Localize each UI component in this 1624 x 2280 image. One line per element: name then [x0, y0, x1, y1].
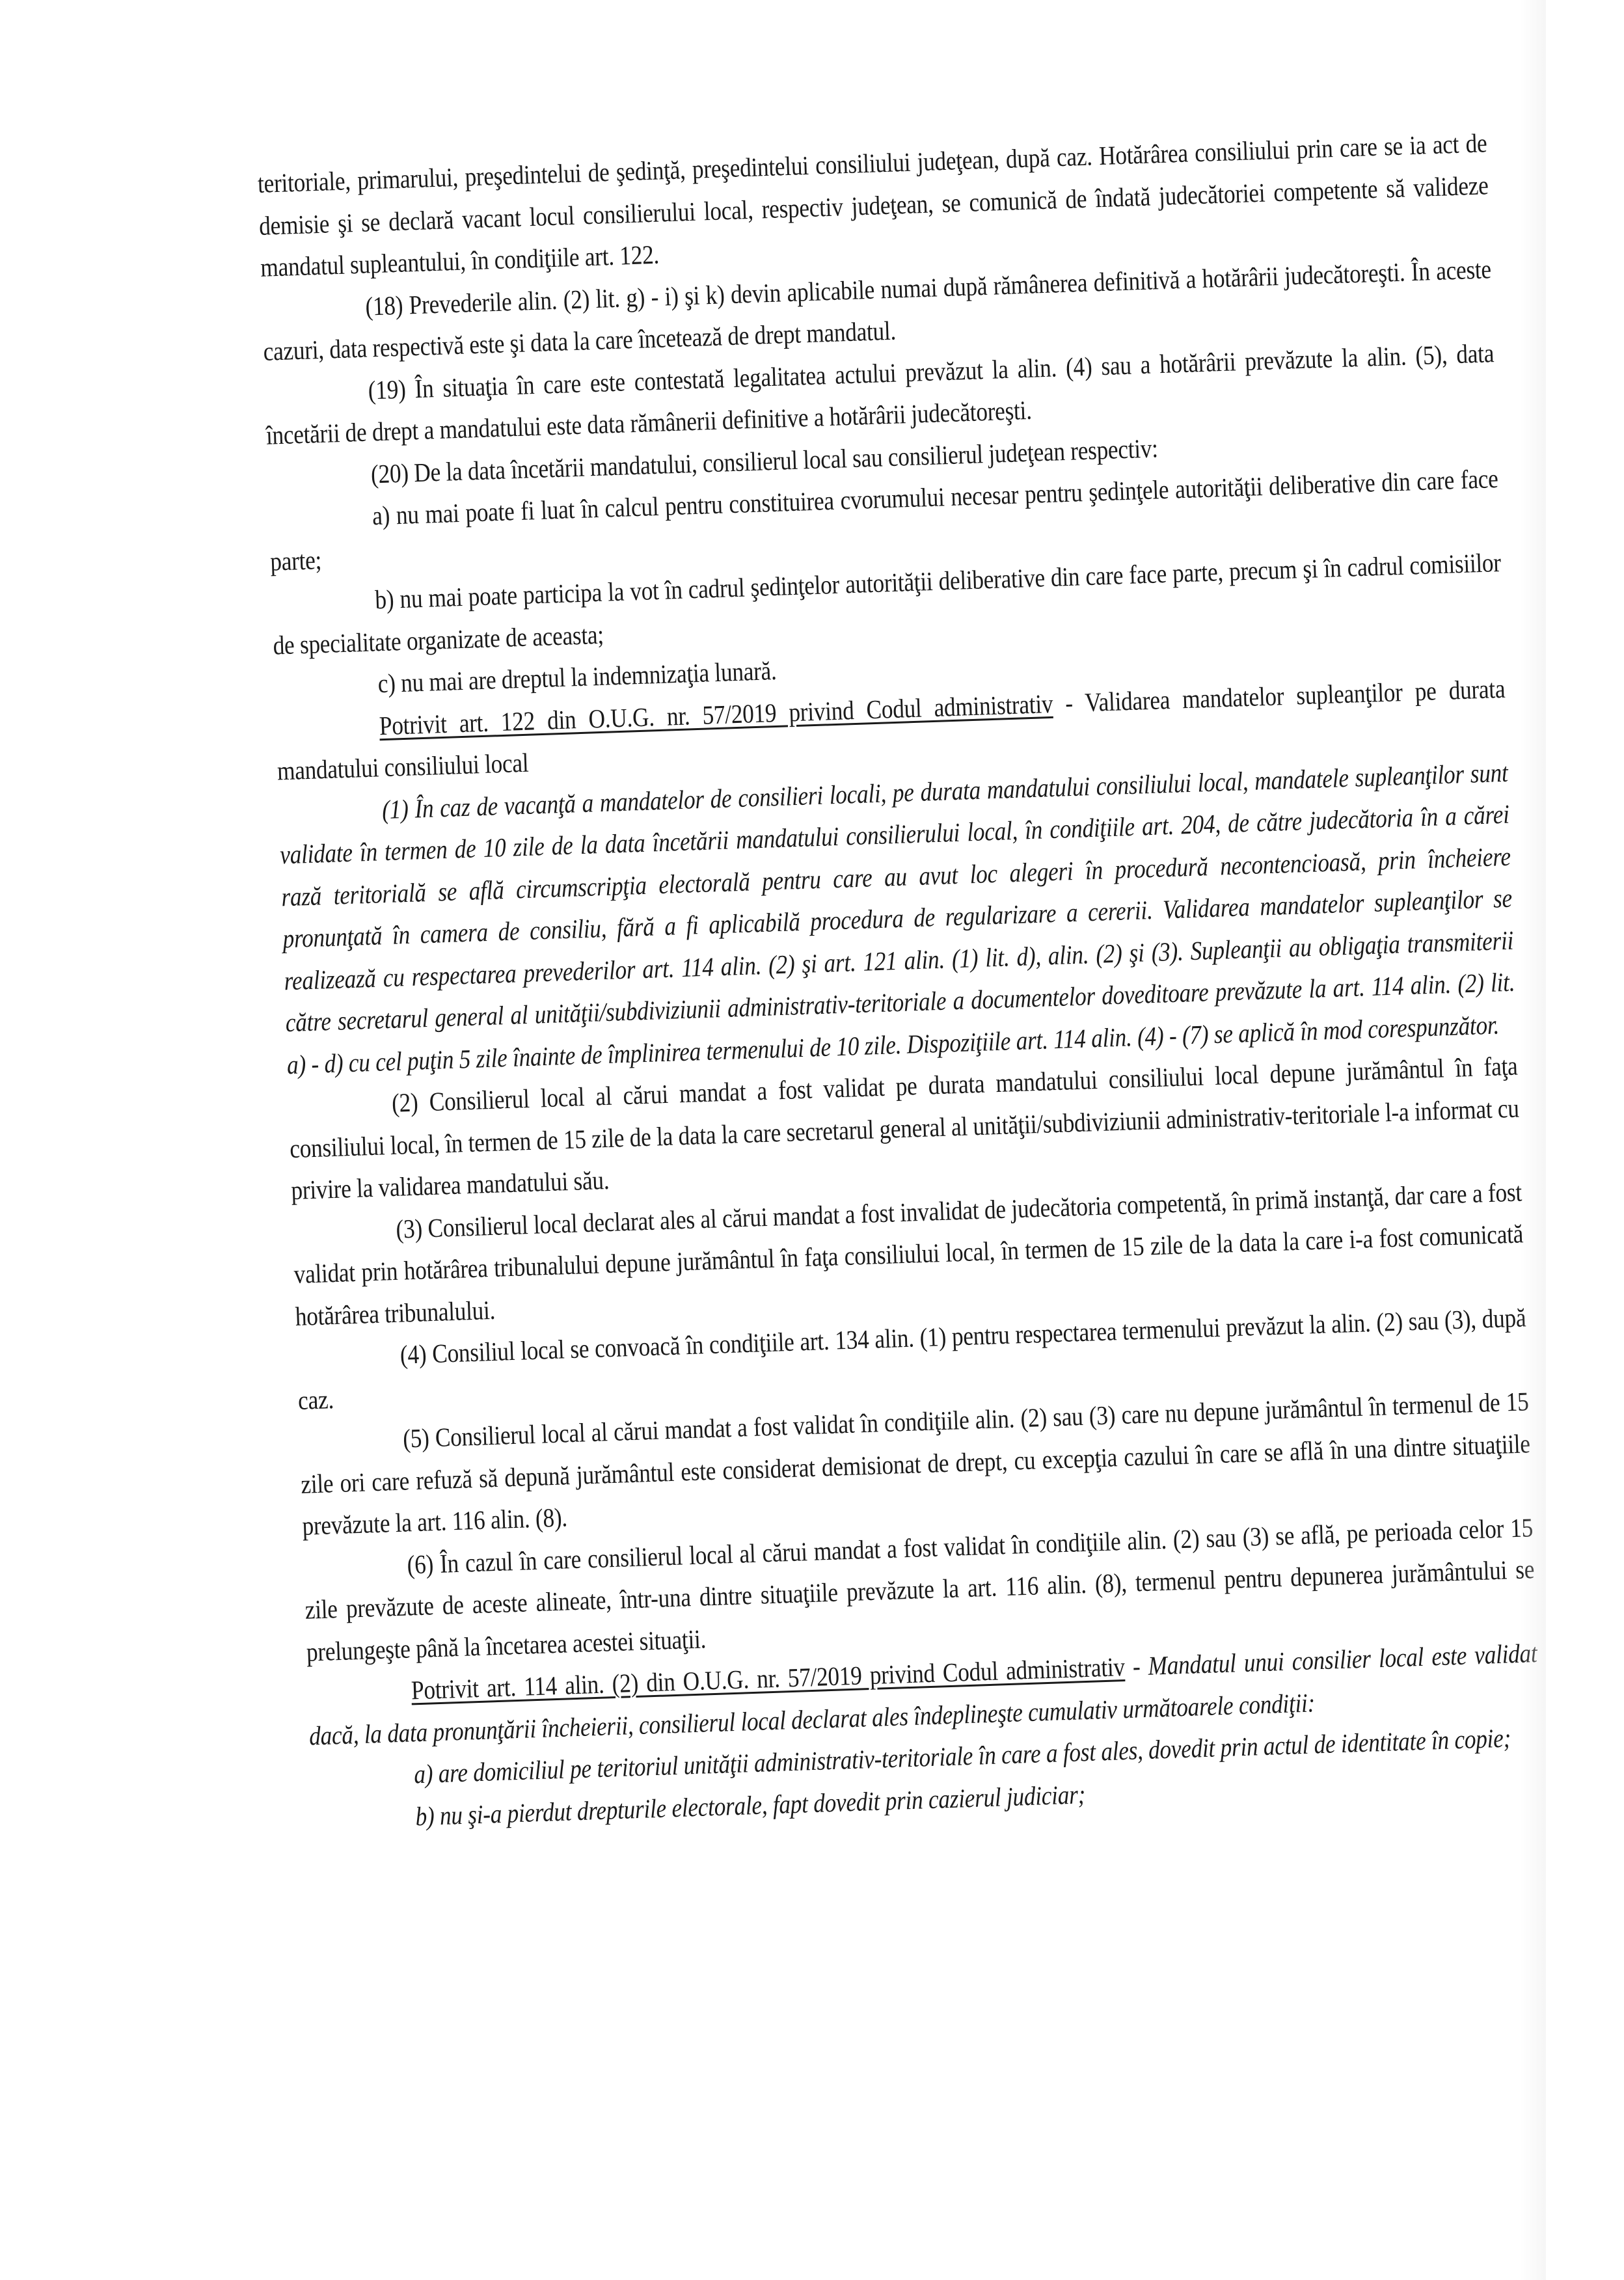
document-page: teritoriale, primarului, preşedintelui d…	[257, 122, 1542, 1840]
scan-edge-shadow	[1520, 0, 1546, 2280]
section-114-dash: -	[1124, 1651, 1148, 1681]
art122-alin-1: (1) În caz de vacanţă a mandatelor de co…	[278, 751, 1517, 1085]
